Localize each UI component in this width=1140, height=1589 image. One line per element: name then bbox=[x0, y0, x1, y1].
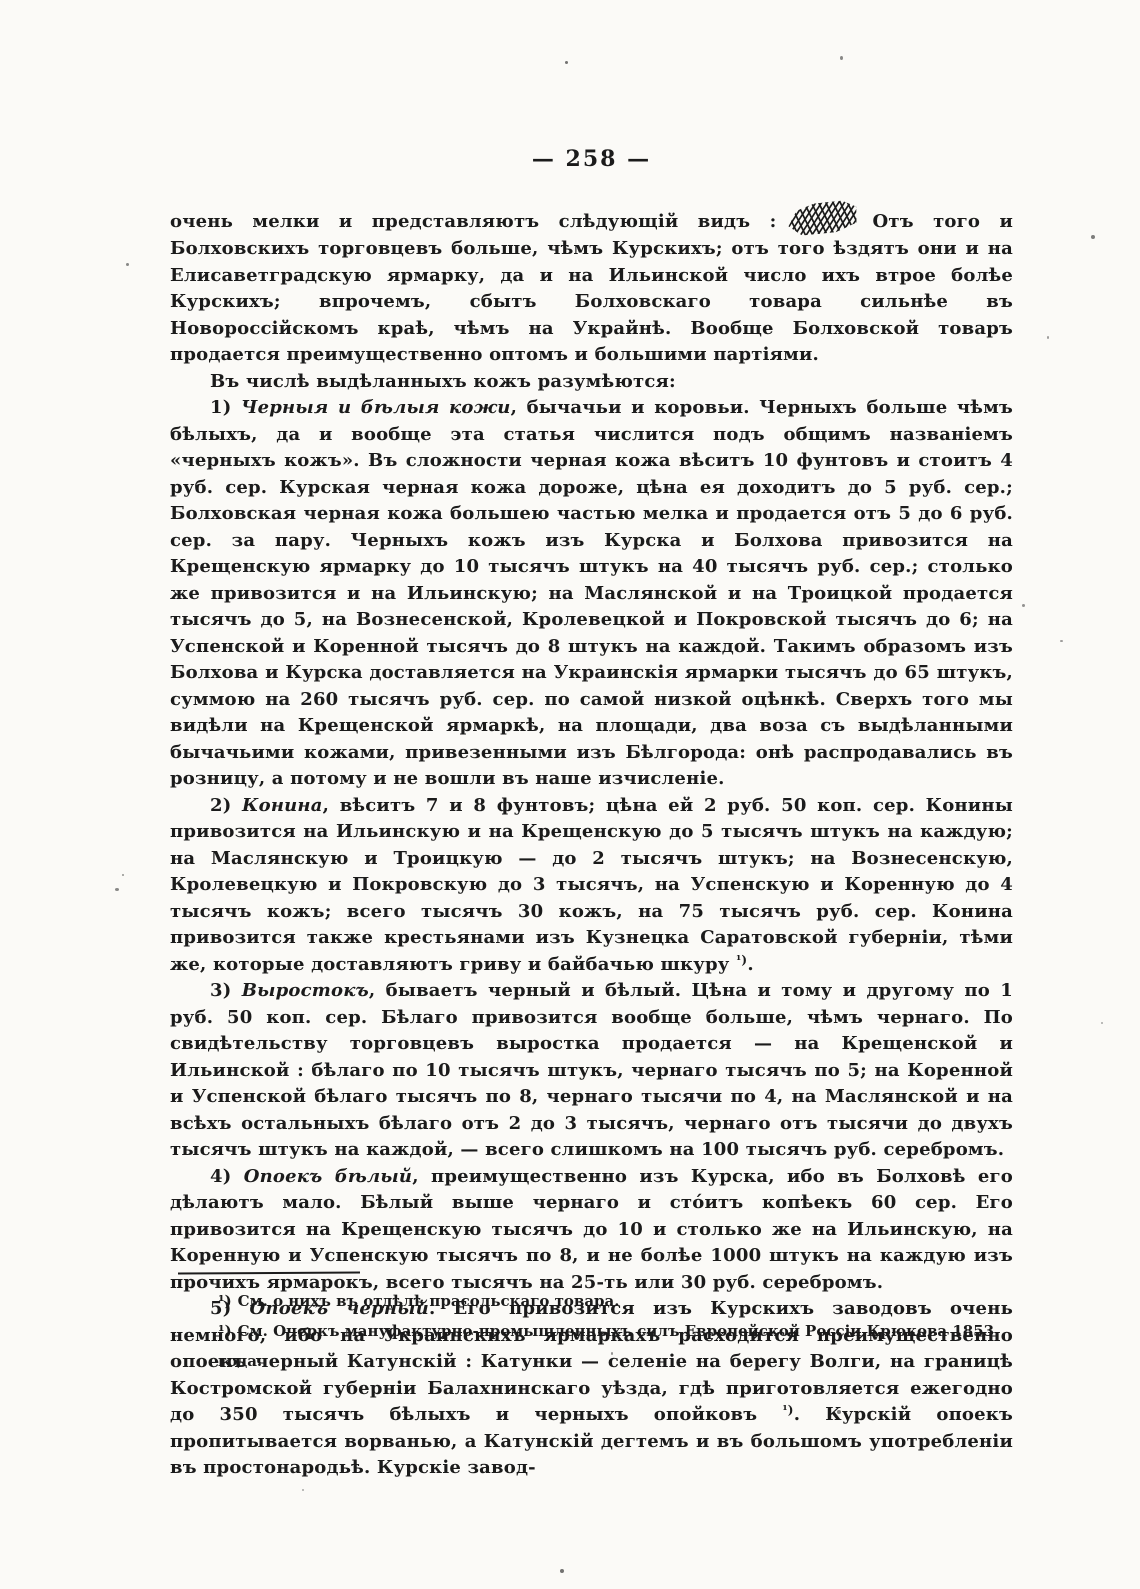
item-number: 4) bbox=[210, 1166, 244, 1187]
footnote-marker: ¹) bbox=[218, 1292, 232, 1310]
footnote-text: См. Очеркъ мануфактурно-промышленныхъ си… bbox=[218, 1322, 994, 1370]
scan-speck bbox=[1101, 1022, 1103, 1024]
scan-speck bbox=[840, 56, 843, 60]
scan-speck bbox=[611, 1352, 613, 1355]
paragraph-item-3: 3) Выростокъ, бываетъ черный и бѣлый. Цѣ… bbox=[170, 978, 1013, 1164]
footnotes: ¹)См. о нихъ въ отдѣлѣ прасольскаго това… bbox=[218, 1286, 1013, 1376]
footnote-ref: ¹) bbox=[736, 953, 747, 967]
page-number: — 258 — bbox=[170, 146, 1013, 172]
item-tail: . bbox=[747, 954, 753, 975]
item-number: 1) bbox=[210, 397, 241, 418]
item-title: Черныя и бѣлыя кожи bbox=[241, 397, 511, 418]
footnote-marker: ¹) bbox=[218, 1322, 232, 1340]
item-text: , бываетъ черный и бѣлый. Цѣна и тому и … bbox=[170, 980, 1013, 1160]
scan-speck bbox=[1060, 640, 1063, 642]
intro-after-figure: Отъ того и Болховскихъ торговцевъ больше… bbox=[170, 211, 1013, 365]
crosshatch-sketch-icon bbox=[786, 200, 860, 236]
paragraph-item-1: 1) Черныя и бѣлыя кожи, бычачьи и коровь… bbox=[170, 395, 1013, 793]
paragraph-list-heading: Въ числѣ выдѣланныхъ кожъ разумѣются: bbox=[170, 369, 1013, 396]
item-title: Выростокъ bbox=[242, 980, 369, 1001]
scan-speck bbox=[1022, 604, 1025, 607]
scan-speck bbox=[837, 1410, 841, 1414]
footnote-text: См. о нихъ въ отдѣлѣ прасольскаго товара… bbox=[238, 1292, 620, 1310]
item-text: , вѣситъ 7 и 8 фунтовъ; цѣна ей 2 руб. 5… bbox=[170, 795, 1013, 975]
paragraph-intro: очень мелки и представляютъ слѣдующій ви… bbox=[170, 200, 1013, 369]
footnote-line-2: ¹)См. Очеркъ мануфактурно-промышленныхъ … bbox=[218, 1316, 1013, 1376]
scan-speck bbox=[565, 61, 568, 64]
item-number: 3) bbox=[210, 980, 242, 1001]
item-title: Конина bbox=[242, 795, 323, 816]
paragraph-item-4: 4) Опоекъ бѣлый, преимущественно изъ Кур… bbox=[170, 1164, 1013, 1297]
scan-speck bbox=[122, 874, 124, 876]
scan-speck bbox=[302, 1489, 304, 1491]
intro-before-figure: очень мелки и представляютъ слѣдующій ви… bbox=[170, 211, 776, 232]
scan-speck bbox=[1047, 336, 1049, 339]
scan-speck bbox=[1091, 235, 1095, 239]
scan-speck bbox=[126, 263, 129, 266]
item-text: , бычачьи и коровьи. Черныхъ больше чѣмъ… bbox=[170, 397, 1013, 789]
footnote-ref: ¹) bbox=[782, 1403, 793, 1417]
paragraph-item-2: 2) Конина, вѣситъ 7 и 8 фунтовъ; цѣна ей… bbox=[170, 793, 1013, 979]
item-title: Опоекъ бѣлый bbox=[244, 1166, 412, 1187]
item-number: 2) bbox=[210, 795, 242, 816]
scanned-page: — 258 — очень мелки и представляютъ слѣд… bbox=[0, 0, 1140, 1589]
scan-speck bbox=[560, 1569, 564, 1573]
footnote-line-1: ¹)См. о нихъ въ отдѣлѣ прасольскаго това… bbox=[218, 1286, 1013, 1316]
scan-speck bbox=[115, 888, 119, 891]
